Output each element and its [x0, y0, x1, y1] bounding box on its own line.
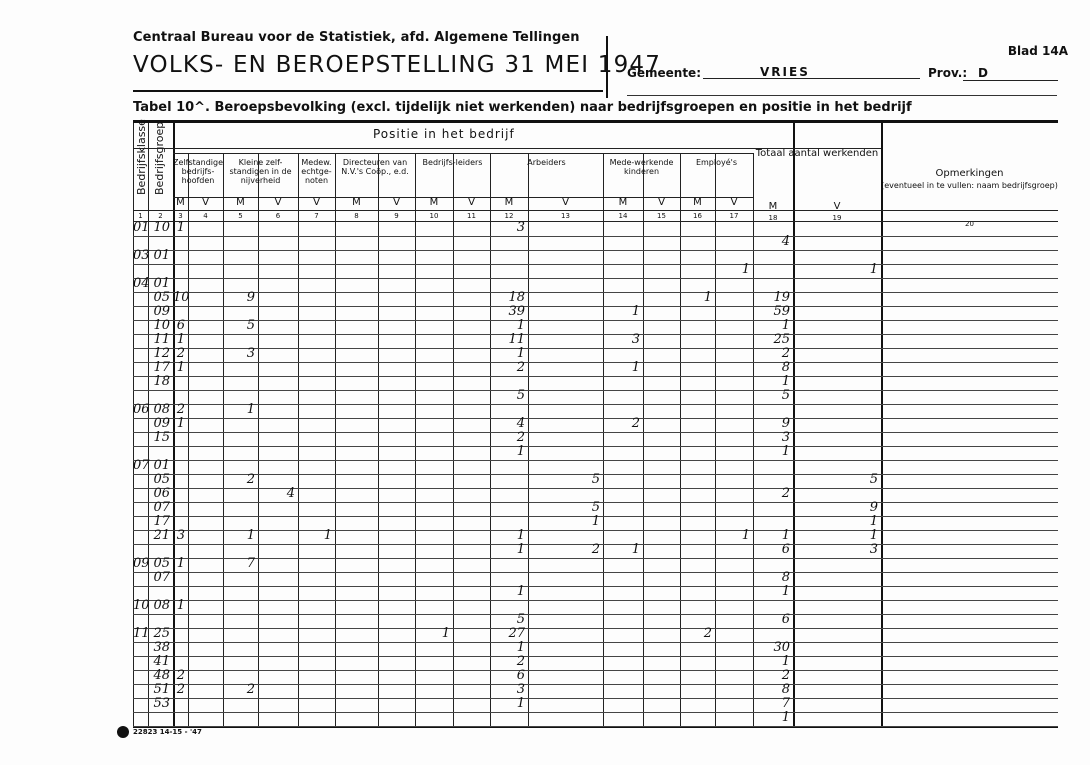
table-cell-c18[interactable]: 8	[753, 570, 790, 585]
footer: 22823 14-15 - '47	[117, 726, 202, 738]
table-cell-c18[interactable]: 6	[753, 542, 790, 557]
row-rule	[133, 726, 1058, 727]
table-cell-c12[interactable]: 27	[490, 626, 525, 641]
bedrijfsgroep-cell[interactable]: 08	[148, 598, 170, 613]
bedrijfsgroep-cell[interactable]: 25	[148, 626, 170, 641]
table-cell-c6[interactable]: 4	[258, 486, 295, 501]
column-number: 5	[223, 212, 258, 220]
municipality-value: VRIES	[760, 65, 810, 79]
bedrijfsgroep-cell[interactable]: 05	[148, 472, 170, 487]
sex-subheader: M	[603, 198, 643, 207]
sex-subheader: M	[335, 198, 378, 207]
column-group-header: Medew. echtge-noten	[298, 158, 335, 185]
column-number: 6	[258, 212, 298, 220]
header-rule	[133, 210, 1058, 211]
sex-subheader: M	[223, 198, 258, 207]
table-cell-c19[interactable]: 1	[793, 262, 878, 277]
row-rule	[133, 712, 1058, 713]
table-cell-c5[interactable]: 2	[223, 682, 255, 697]
column-line	[335, 153, 336, 726]
bedrijfsgroep-cell[interactable]: 05	[148, 556, 170, 571]
row-rule	[133, 600, 1058, 601]
row-rule	[133, 390, 1058, 391]
column-number: 15	[643, 212, 680, 220]
table-cell-c12[interactable]: 39	[490, 304, 525, 319]
bedrijfsklasse-cell[interactable]: 07	[133, 458, 145, 473]
table-cell-c5[interactable]: 9	[223, 290, 255, 305]
table-cell-c19[interactable]: 1	[793, 528, 878, 543]
table-cell-c3[interactable]: 1	[173, 360, 185, 375]
row-rule	[133, 306, 1058, 307]
bedrijfsgroep-cell[interactable]: 07	[148, 500, 170, 515]
bedrijfsgroep-cell[interactable]: 01	[148, 458, 170, 473]
column-number: 8	[335, 212, 378, 220]
column-number: 12	[490, 212, 528, 220]
organization: Centraal Bureau voor de Statistiek, afd.…	[133, 30, 580, 45]
sex-subheader: V	[715, 198, 753, 207]
column-line	[603, 153, 604, 726]
table-cell-c14[interactable]: 3	[603, 332, 640, 347]
table-cell-c5[interactable]: 1	[223, 528, 255, 543]
row-rule	[133, 334, 1058, 335]
row-rule	[133, 656, 1058, 657]
column-number: 10	[415, 212, 453, 220]
table-cell-c12[interactable]: 1	[490, 346, 525, 361]
table-cell-c12[interactable]: 5	[490, 612, 525, 627]
remarks-header: Opmerkingen	[881, 168, 1058, 180]
row-rule	[133, 558, 1058, 559]
province-value: D	[978, 66, 988, 80]
column-line	[643, 153, 644, 726]
column-line	[453, 153, 454, 726]
table-cell-c14[interactable]: 1	[603, 360, 640, 375]
table-cell-c13[interactable]: 1	[528, 514, 600, 529]
sex-subheader: M	[415, 198, 453, 207]
table-cell-c14[interactable]: 2	[603, 416, 640, 431]
table-cell-c12[interactable]: 1	[490, 584, 525, 599]
sex-subheader: M	[490, 198, 528, 207]
table-cell-c19[interactable]: 1	[793, 514, 878, 529]
bedrijfsgroep-cell[interactable]: 12	[148, 346, 170, 361]
row-rule	[133, 376, 1058, 377]
table-cell-c5[interactable]: 7	[223, 556, 255, 571]
divider	[606, 36, 608, 98]
table-cell-c12[interactable]: 4	[490, 416, 525, 431]
bedrijfsgroep-cell[interactable]: 51	[148, 682, 170, 697]
divider	[133, 90, 603, 92]
province-label: Prov.:	[928, 66, 967, 80]
table-cell-c3[interactable]: 1	[173, 556, 185, 571]
bedrijfsgroep-cell[interactable]: 53	[148, 696, 170, 711]
row-rule	[133, 348, 1058, 349]
column-number: 14	[603, 212, 643, 220]
bedrijfsgroep-cell[interactable]: 01	[148, 248, 170, 263]
bedrijfsklasse-cell[interactable]: 03	[133, 248, 145, 263]
table-cell-c16[interactable]: 1	[680, 290, 712, 305]
bedrijfsgroep-cell[interactable]: 38	[148, 640, 170, 655]
table-cell-c18[interactable]: 1	[753, 584, 790, 599]
census-form: Centraal Bureau voor de Statistiek, afd.…	[0, 0, 1090, 765]
sex-subheader: M	[173, 198, 188, 207]
bedrijfsgroep-cell[interactable]: 17	[148, 360, 170, 375]
row-rule	[133, 362, 1058, 363]
data-table: Positie in het bedrijf Zelfstandige bedr…	[133, 120, 1058, 728]
table-cell-c18[interactable]: 6	[753, 612, 790, 627]
bedrijfsgroep-cell[interactable]: 07	[148, 570, 170, 585]
sex-subheader: V	[378, 198, 415, 207]
table-cell-c18[interactable]: 2	[753, 346, 790, 361]
table-cell-c19[interactable]: 9	[793, 500, 878, 515]
table-cell-c12[interactable]: 11	[490, 332, 525, 347]
header-rule	[133, 221, 1058, 222]
row-rule	[133, 236, 1058, 237]
table-cell-c3[interactable]: 2	[173, 402, 185, 417]
bedrijfsklasse-cell[interactable]: 04	[133, 276, 145, 291]
table-cell-c18[interactable]: 59	[753, 304, 790, 319]
table-title: Tabel 10^. Beroepsbevolking (excl. tijde…	[133, 100, 912, 115]
column-group-header: Directeuren van N.V.'s Coöp., e.d.	[335, 158, 415, 176]
province-field[interactable]	[963, 80, 1058, 81]
table-cell-c18[interactable]: 30	[753, 640, 790, 655]
table-cell-c18[interactable]: 1	[753, 528, 790, 543]
column-group-header: Arbeiders	[490, 158, 603, 167]
table-cell-c13[interactable]: 5	[528, 500, 600, 515]
table-cell-c10[interactable]: 1	[415, 626, 450, 641]
sex-subheader: V	[643, 198, 680, 207]
table-cell-c14[interactable]: 1	[603, 542, 640, 557]
sex-subheader: V	[528, 198, 603, 207]
row-rule	[133, 320, 1058, 321]
table-cell-c13[interactable]: 5	[528, 472, 600, 487]
column-number: 9	[378, 212, 415, 220]
column-number: 1	[133, 212, 148, 220]
bedrijfsgroep-header: Bedrijfsgroep	[153, 122, 166, 195]
bedrijfsgroep-cell[interactable]: 10	[148, 318, 170, 333]
cbs-logo-icon	[117, 726, 129, 738]
municipality-field[interactable]	[703, 78, 920, 79]
table-cell-c5[interactable]: 5	[223, 318, 255, 333]
divider	[627, 95, 1057, 96]
column-line	[715, 153, 716, 726]
bedrijfsgroep-cell[interactable]: 21	[148, 528, 170, 543]
header-rule	[173, 197, 753, 198]
row-rule	[133, 418, 1058, 419]
bedrijfsklasse-cell[interactable]: 09	[133, 556, 145, 571]
bedrijfsgroep-cell[interactable]: 09	[148, 304, 170, 319]
column-group-header: Employé's	[680, 158, 753, 167]
sex-subheader: V	[258, 198, 298, 207]
table-cell-c12[interactable]: 18	[490, 290, 525, 305]
table-cell-c18[interactable]: 1	[753, 374, 790, 389]
sex-subheader: V	[188, 198, 223, 207]
row-rule	[133, 670, 1058, 671]
bedrijfsgroep-cell[interactable]: 11	[148, 332, 170, 347]
table-cell-c5[interactable]: 2	[223, 472, 255, 487]
table-cell-c18[interactable]: 1	[753, 710, 790, 725]
municipality-label: Gemeente:	[627, 66, 701, 80]
row-rule	[133, 698, 1058, 699]
row-rule	[133, 642, 1058, 643]
bedrijfsklasse-header: Bedrijfsklasse	[135, 119, 148, 195]
table-cell-c5[interactable]: 3	[223, 346, 255, 361]
bedrijfsgroep-cell[interactable]: 48	[148, 668, 170, 683]
table-cell-c18[interactable]: 4	[753, 234, 790, 249]
table-cell-c18[interactable]: 1	[753, 654, 790, 669]
row-rule	[133, 278, 1058, 279]
row-rule	[133, 628, 1058, 629]
bedrijfsgroep-cell[interactable]: 17	[148, 514, 170, 529]
column-number: 2	[148, 212, 173, 220]
column-group-header: Kleine zelf-standigen in de nijverheid	[223, 158, 298, 185]
table-cell-c13[interactable]: 2	[528, 542, 600, 557]
table-cell-c12[interactable]: 3	[490, 682, 525, 697]
column-number: 7	[298, 212, 335, 220]
column-line	[528, 153, 529, 726]
remarks-column-header: Opmerkingen(eventueel in te vullen: naam…	[881, 168, 1058, 192]
table-cell-c3[interactable]: 2	[173, 346, 185, 361]
table-cell-c3[interactable]: 10	[173, 290, 185, 305]
table-cell-c18[interactable]: 1	[753, 444, 790, 459]
table-cell-c14[interactable]: 1	[603, 304, 640, 319]
bedrijfsgroep-cell[interactable]: 01	[148, 276, 170, 291]
column-number: 17	[715, 212, 753, 220]
table-cell-c3[interactable]: 2	[173, 668, 185, 683]
row-rule	[133, 614, 1058, 615]
sheet-number: Blad 14A	[1008, 44, 1068, 58]
row-rule	[133, 460, 1058, 461]
table-cell-c18[interactable]: 7	[753, 696, 790, 711]
table-cell-c12[interactable]: 1	[490, 528, 525, 543]
column-number: 13	[528, 212, 603, 220]
sex-subheader: M	[680, 198, 715, 207]
table-cell-c3[interactable]: 2	[173, 682, 185, 697]
column-line	[378, 153, 379, 726]
row-rule	[133, 446, 1058, 447]
column-line	[258, 153, 259, 726]
table-cell-c12[interactable]: 1	[490, 696, 525, 711]
row-rule	[133, 432, 1058, 433]
bedrijfsgroep-cell[interactable]: 10	[148, 220, 170, 235]
bedrijfsklasse-cell[interactable]: 11	[133, 626, 145, 641]
bedrijfsgroep-cell[interactable]: 15	[148, 430, 170, 445]
column-number: 11	[453, 212, 490, 220]
column-group-header: Mede-werkende kinderen	[603, 158, 680, 176]
form-title: VOLKS- EN BEROEPSTELLING 31 MEI 1947	[133, 52, 661, 78]
table-cell-c17[interactable]: 1	[715, 528, 750, 543]
header-rule	[173, 153, 753, 154]
column-line	[188, 153, 189, 726]
bedrijfsklasse-cell[interactable]: 01	[133, 220, 145, 235]
table-cell-c12[interactable]: 1	[490, 318, 525, 333]
table-cell-c19[interactable]: 5	[793, 472, 878, 487]
row-rule	[133, 250, 1058, 251]
print-code: 22823 14-15 - '47	[133, 728, 202, 736]
row-rule	[133, 404, 1058, 405]
table-cell-c17[interactable]: 1	[715, 262, 750, 277]
table-cell-c18[interactable]: 9	[753, 416, 790, 431]
sex-subheader: V	[453, 198, 490, 207]
table-cell-c7[interactable]: 1	[298, 528, 332, 543]
column-line	[223, 153, 224, 726]
total-header: Totaal aantal werkenden	[753, 148, 881, 159]
sex-subheader: V	[298, 198, 335, 207]
header-rule	[133, 148, 881, 149]
column-line	[881, 123, 883, 726]
row-rule	[133, 684, 1058, 685]
column-number: 4	[188, 212, 223, 220]
table-cell-c3[interactable]: 6	[173, 318, 185, 333]
table-cell-c16[interactable]: 2	[680, 626, 712, 641]
column-number: 3	[173, 212, 188, 220]
table-cell-c12[interactable]: 3	[490, 220, 525, 235]
table-cell-c18[interactable]: 8	[753, 360, 790, 375]
row-rule	[133, 586, 1058, 587]
table-cell-c18[interactable]: 25	[753, 332, 790, 347]
table-cell-c12[interactable]: 2	[490, 654, 525, 669]
table-cell-c12[interactable]: 5	[490, 388, 525, 403]
table-cell-c12[interactable]: 2	[490, 360, 525, 375]
bedrijfsgroep-cell[interactable]: 18	[148, 374, 170, 389]
bedrijfsgroep-cell[interactable]: 06	[148, 486, 170, 501]
row-rule	[133, 530, 1058, 531]
table-cell-c12[interactable]: 2	[490, 430, 525, 445]
table-cell-c18[interactable]: 2	[753, 486, 790, 501]
row-rule	[133, 264, 1058, 265]
bedrijfsgroep-cell[interactable]: 05	[148, 290, 170, 305]
remarks-note: (eventueel in te vullen: naam bedrijfsgr…	[881, 180, 1058, 192]
bedrijfsklasse-cell[interactable]: 10	[133, 598, 145, 613]
column-group-header: Bedrijfs-leiders	[415, 158, 490, 167]
table-cell-c5[interactable]: 1	[223, 402, 255, 417]
table-cell-c18[interactable]: 19	[753, 290, 790, 305]
table-cell-c18[interactable]: 5	[753, 388, 790, 403]
row-rule	[133, 572, 1058, 573]
table-cell-c18[interactable]: 3	[753, 430, 790, 445]
row-rule	[133, 292, 1058, 293]
position-header: Positie in het bedrijf	[373, 127, 515, 141]
table-cell-c3[interactable]: 1	[173, 220, 185, 235]
table-cell-c3[interactable]: 1	[173, 416, 185, 431]
table-cell-c18[interactable]: 8	[753, 682, 790, 697]
bedrijfsgroep-cell[interactable]: 08	[148, 402, 170, 417]
bedrijfsgroep-cell[interactable]: 41	[148, 654, 170, 669]
table-cell-c3[interactable]: 1	[173, 332, 185, 347]
table-cell-c3[interactable]: 1	[173, 598, 185, 613]
table-cell-c12[interactable]: 1	[490, 542, 525, 557]
bedrijfsgroep-cell[interactable]: 09	[148, 416, 170, 431]
table-cell-c12[interactable]: 1	[490, 444, 525, 459]
table-cell-c18[interactable]: 1	[753, 318, 790, 333]
column-number: 16	[680, 212, 715, 220]
table-cell-c19[interactable]: 3	[793, 542, 878, 557]
table-cell-c12[interactable]: 6	[490, 668, 525, 683]
column-line	[298, 153, 299, 726]
table-cell-c3[interactable]: 3	[173, 528, 185, 543]
table-cell-c18[interactable]: 2	[753, 668, 790, 683]
bedrijfsklasse-cell[interactable]: 06	[133, 402, 145, 417]
column-group-header: Zelfstandige bedrijfs-hoofden	[173, 158, 223, 185]
table-cell-c12[interactable]: 1	[490, 640, 525, 655]
